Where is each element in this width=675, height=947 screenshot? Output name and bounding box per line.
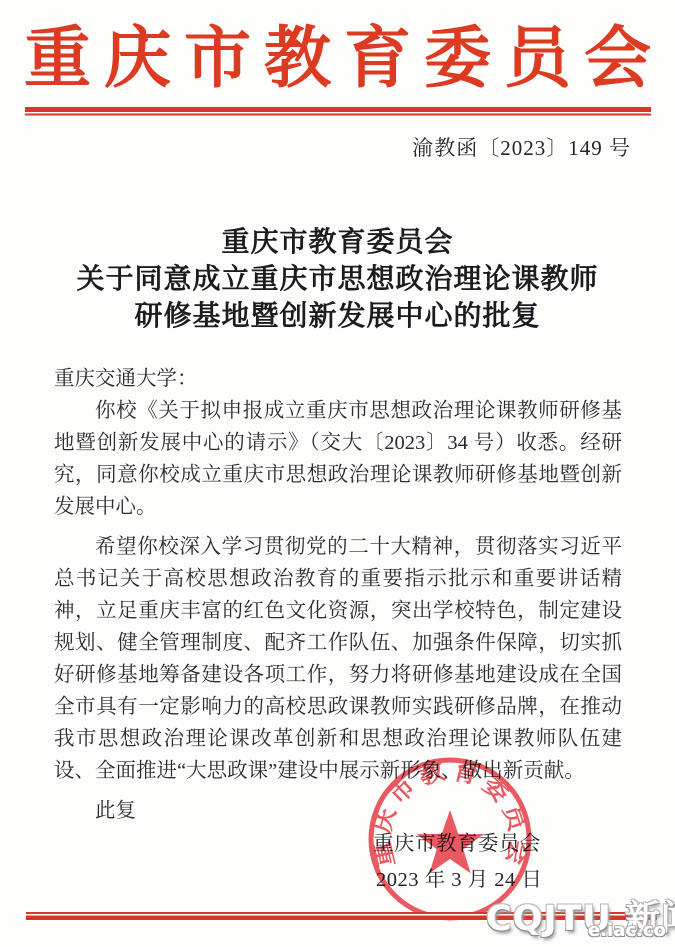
document-title-line-1: 重庆市教育委员会 [0, 224, 675, 261]
document-body: 重庆交通大学： 你校《关于拟申报成立重庆市思想政治理论课教师研修基地暨创新发展中… [54, 363, 622, 827]
document-title-line-3: 研修基地暨创新发展中心的批复 [0, 298, 675, 335]
recipient-line: 重庆交通大学： [54, 363, 622, 395]
body-paragraph-1: 你校《关于拟申报成立重庆市思想政治理论课教师研修基地暨创新发展中心的请示》（交大… [54, 395, 622, 523]
official-document-page: 重庆市教育委员会 渝教函〔2023〕149 号 重庆市教育委员会 关于同意成立重… [0, 0, 675, 947]
signature-org-name: 重庆市教育委员会 [373, 826, 541, 856]
document-title: 重庆市教育委员会 关于同意成立重庆市思想政治理论课教师 研修基地暨创新发展中心的… [0, 224, 675, 335]
body-paragraph-2: 希望你校深入学习贯彻党的二十大精神，贯彻落实习近平总书记关于高校思想政治教育的重… [54, 531, 622, 787]
watermark-small-text: e.iac.co [588, 920, 666, 941]
closing-phrase: 此复 [54, 795, 622, 827]
document-title-line-2: 关于同意成立重庆市思想政治理论课教师 [0, 261, 675, 298]
document-number: 渝教函〔2023〕149 号 [412, 134, 631, 162]
signature-date: 2023 年 3 月 24 日 [376, 862, 542, 892]
letterhead-divider-line [25, 107, 651, 116]
letterhead-org-name: 重庆市教育委员会 [0, 16, 675, 102]
